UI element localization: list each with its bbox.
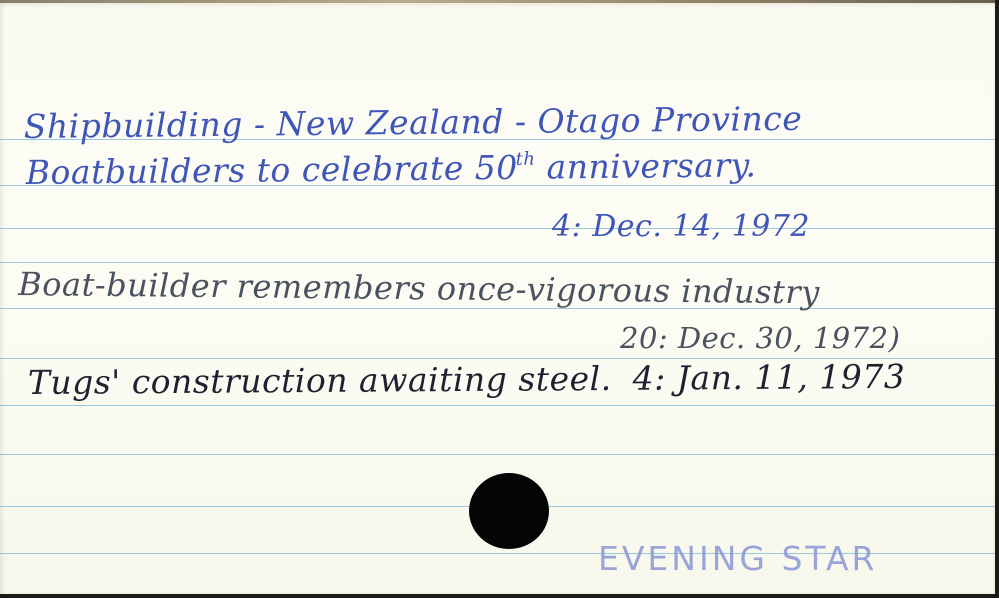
entry-1-headline-suffix: anniversary. [535, 145, 756, 186]
punch-hole [469, 473, 549, 549]
entry-1-superscript: th [516, 149, 536, 170]
card-subject-heading: Shipbuilding - New Zealand - Otago Provi… [24, 99, 803, 146]
card-right-edge [995, 0, 999, 598]
rule-line [0, 262, 995, 263]
card-top-edge [0, 0, 999, 3]
entry-2-headline: Boat-builder remembers once-vigorous ind… [18, 265, 820, 311]
entry-1-headline-text: Boatbuilders to celebrate 50 [26, 148, 518, 192]
card-bottom-edge [0, 594, 999, 598]
newspaper-stamp: EVENING STAR [598, 539, 878, 578]
entry-1-headline: Boatbuilders to celebrate 50th anniversa… [26, 145, 757, 192]
entry-3-headline: Tugs' construction awaiting steel. [28, 359, 612, 402]
entry-2-citation: 20: Dec. 30, 1972) [620, 321, 900, 355]
index-card: Shipbuilding - New Zealand - Otago Provi… [0, 3, 995, 594]
rule-line [0, 405, 995, 406]
rule-line [0, 308, 995, 309]
rule-line [0, 454, 995, 455]
rule-line [0, 228, 995, 229]
entry-3-citation: 4: Jan. 11, 1973 [632, 357, 905, 398]
entry-1-citation: 4: Dec. 14, 1972 [552, 209, 810, 244]
entry-3-line: Tugs' construction awaiting steel. 4: Ja… [28, 357, 906, 402]
